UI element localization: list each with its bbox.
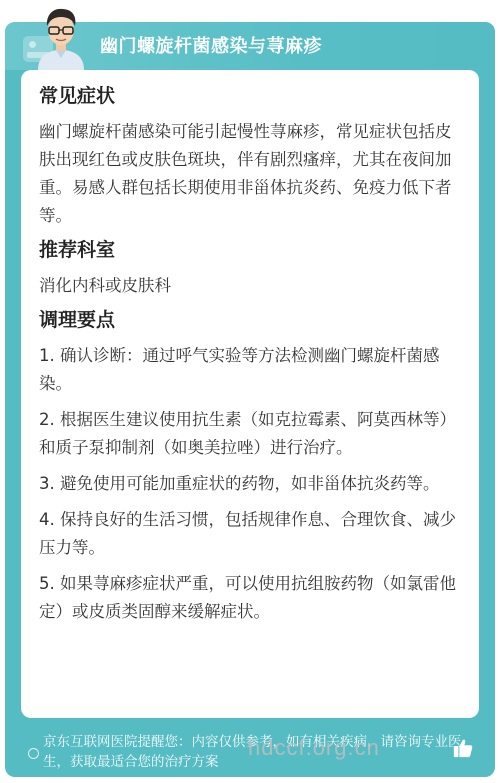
watermark: hdccf.org.cn (248, 735, 380, 761)
info-icon (28, 748, 39, 759)
page-title: 幽门螺旋杆菌感染与荨麻疹 (100, 32, 322, 58)
article-card: 幽门螺旋杆菌感染与荨麻疹 常见症状 幽门螺旋杆菌感染可能引起慢性荨麻疹，常见症状… (5, 22, 495, 777)
content-panel: 常见症状 幽门螺旋杆菌感染可能引起慢性荨麻疹，常见症状包括皮肤出现红色或皮肤色斑… (21, 70, 479, 718)
symptoms-text: 幽门螺旋杆菌感染可能引起慢性荨麻疹，常见症状包括皮肤出现红色或皮肤色斑块，伴有剧… (39, 118, 461, 230)
list-item: 1. 确认诊断：通过呼气实验等方法检测幽门螺旋杆菌感染。 (39, 342, 461, 398)
list-item: 4. 保持良好的生活习惯，包括规律作息、合理饮食、减少压力等。 (39, 506, 461, 562)
list-item: 5. 如果荨麻疹症状严重，可以使用抗组胺药物（如氯雷他定）或皮质类固醇来缓解症状… (39, 570, 461, 626)
thumbs-up-icon[interactable] (452, 737, 474, 759)
list-item: 2. 根据医生建议使用抗生素（如克拉霉素、阿莫西林等）和质子泵抑制剂（如奥美拉唑… (39, 406, 461, 462)
section-heading-symptoms: 常见症状 (39, 82, 461, 110)
department-text: 消化内科或皮肤科 (39, 272, 461, 300)
section-heading-care-points: 调理要点 (39, 306, 461, 334)
doctor-avatar (30, 4, 92, 70)
list-item: 3. 避免使用可能加重症状的药物，如非甾体抗炎药等。 (39, 470, 461, 498)
section-heading-department: 推荐科室 (39, 236, 461, 264)
